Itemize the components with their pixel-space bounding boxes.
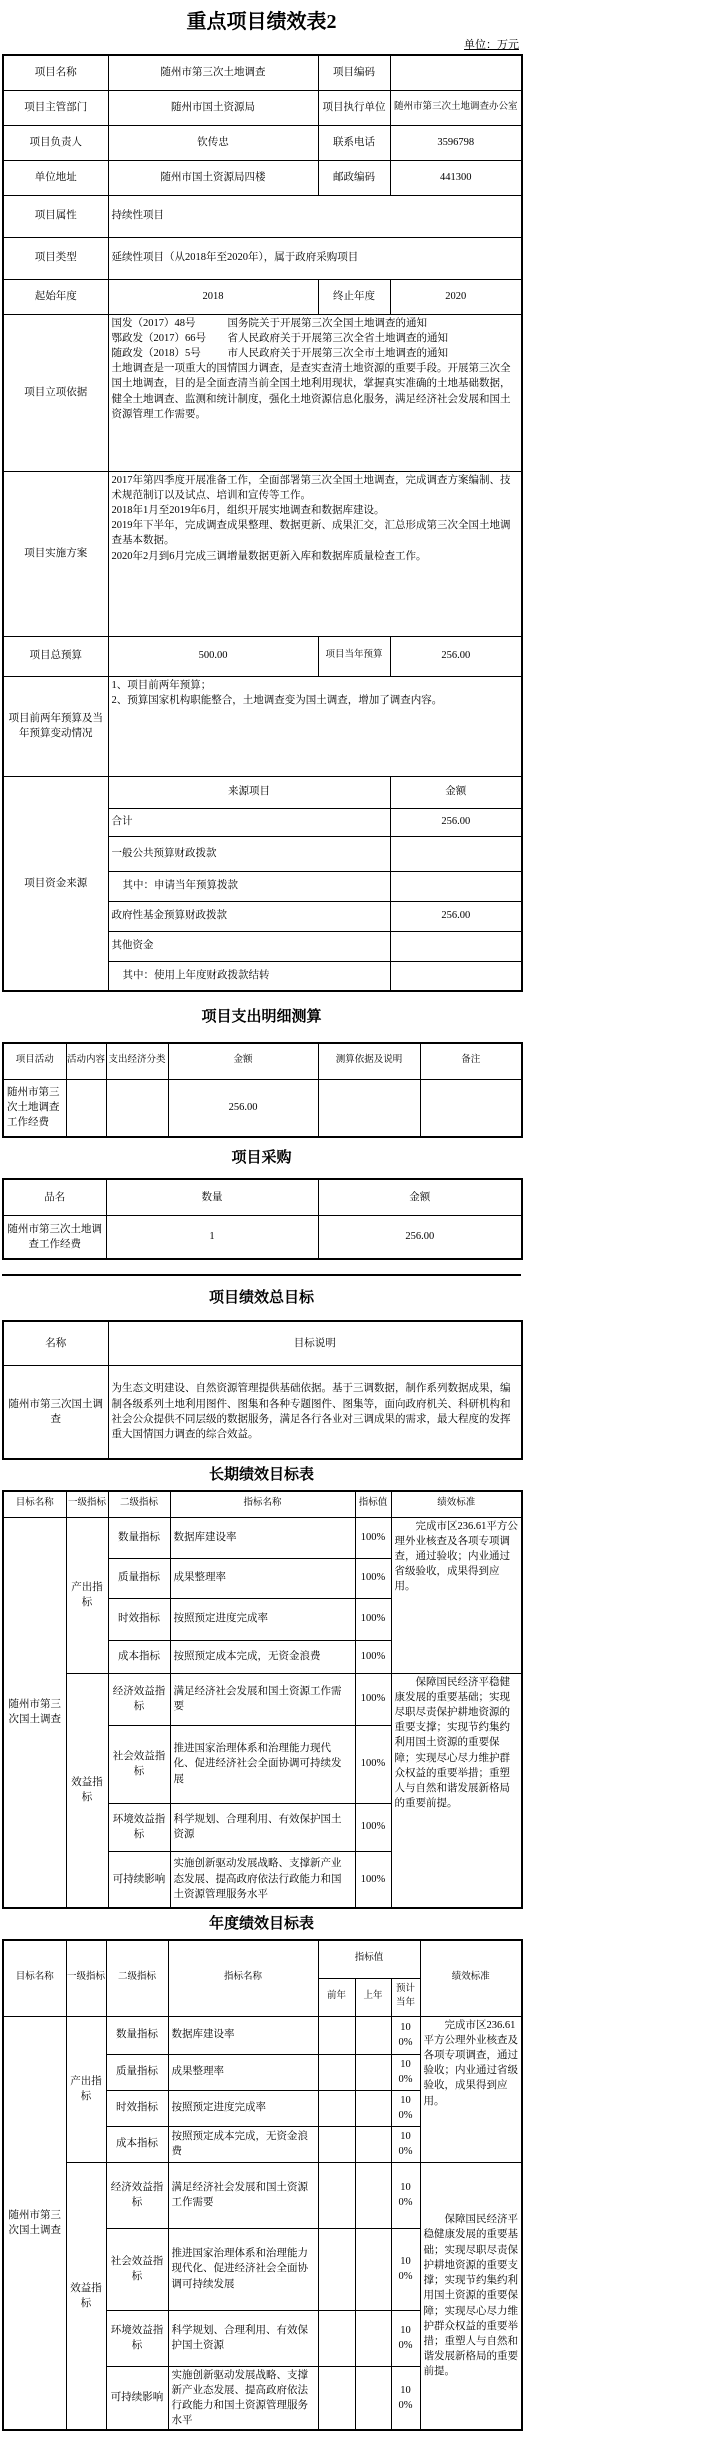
start-year-label: 起始年度 [3, 279, 108, 314]
dept-value: 随州市国土资源局 [108, 90, 318, 125]
exec-unit-value: 随州市第三次土地调查办公室 [390, 90, 522, 125]
indicator-level2: 时效指标 [106, 2090, 168, 2126]
indicator-value: 100% [355, 1725, 391, 1803]
lt-output-standard: 完成市区236.61平方公理外业核查及各项专项调查，通过验收；内业通过省级验收，… [391, 1517, 522, 1673]
section-gap [2, 1260, 521, 1274]
funding-row-source: 其他资金 [108, 931, 390, 961]
indicator-level2: 质量指标 [106, 2054, 168, 2090]
expense-content [66, 1079, 106, 1137]
project-name-label: 项目名称 [3, 55, 108, 90]
annual-benefit-standard: 保障国民经济平稳健康发展的重要基础；实现尽职尽责保护耕地资源的重要支撑；实现节约… [420, 2162, 522, 2430]
prev-budget-line: 2、预算国家机构职能整合，土地调查变为国土调查，增加了调查内容。 [112, 693, 519, 708]
table-row: 随州市第三次国土调查 产出指标 数量指标 数据库建设率 100% 完成市区236… [3, 2016, 522, 2054]
annual-section-title: 年度绩效目标表 [2, 1909, 521, 1939]
indicator-value: 100% [355, 1803, 391, 1851]
lt-goal-name: 随州市第三次国土调查 [3, 1517, 66, 1908]
expense-col-activity: 项目活动 [3, 1043, 66, 1079]
procurement-col-quantity: 数量 [106, 1179, 318, 1215]
project-code-value [390, 55, 522, 90]
basis-paragraph: 土地调查是一项重大的国情国力调查，是查实查清土地资源的重要手段。开展第三次全国土… [112, 361, 519, 422]
address-value: 随州市国土资源局四楼 [108, 160, 318, 195]
table-header-row: 目标名称 一级指标 二级指标 指标名称 指标值 绩效标准 [3, 1940, 522, 1978]
lt-col-goal: 目标名称 [3, 1491, 66, 1517]
overall-col-description: 目标说明 [108, 1321, 522, 1365]
expense-activity: 随州市第三次土地调查工作经费 [3, 1079, 66, 1137]
lt-col-indicator: 指标名称 [170, 1491, 355, 1517]
expense-section-title: 项目支出明细测算 [2, 992, 521, 1042]
leader-label: 项目负责人 [3, 125, 108, 160]
table-row: 项目负责人 钦传忠 联系电话 3596798 [3, 125, 522, 160]
basis-ref-line: 国发（2017）48号国务院关于开展第三次全国土地调查的通知 [112, 316, 519, 331]
lt-col-standard: 绩效标准 [391, 1491, 522, 1517]
indicator-name: 数据库建设率 [168, 2016, 318, 2054]
funding-row-amount: 256.00 [390, 901, 522, 931]
expense-col-content: 活动内容 [66, 1043, 106, 1079]
indicator-name: 按照预定成本完成，无资金浪费 [168, 2126, 318, 2162]
expense-col-note: 备注 [420, 1043, 522, 1079]
indicator-prev1 [355, 2310, 391, 2366]
project-name-value: 随州市第三次土地调查 [108, 55, 318, 90]
indicator-prev2 [318, 2162, 355, 2228]
indicator-prev2 [318, 2228, 355, 2310]
indicator-prev1 [355, 2090, 391, 2126]
funding-row-amount [390, 836, 522, 871]
prev-budget-line: 1、项目前两年预算； [112, 678, 519, 693]
overall-goal-name: 随州市第三次国土调查 [3, 1365, 108, 1459]
funding-amount-header: 金额 [390, 776, 522, 808]
plan-line: 2019年下半年，完成调查成果整理、数据更新、成果汇交，汇总形成第三次全国土地调… [112, 518, 519, 548]
indicator-value: 100% [355, 1558, 391, 1598]
page-title: 重点项目绩效表2 [2, 0, 521, 36]
table-row: 单位地址 随州市国土资源局四楼 邮政编码 441300 [3, 160, 522, 195]
indicator-name: 按照预定进度完成率 [170, 1598, 355, 1640]
longterm-table: 目标名称 一级指标 二级指标 指标名称 指标值 绩效标准 随州市第三次国土调查 … [2, 1490, 523, 1909]
procurement-amount: 256.00 [318, 1215, 522, 1259]
indicator-value: 100% [355, 1640, 391, 1673]
table-header-row: 项目活动 活动内容 支出经济分类 金额 测算依据及说明 备注 [3, 1043, 522, 1079]
table-row: 项目前两年预算及当年预算变动情况 1、项目前两年预算； 2、预算国家机构职能整合… [3, 676, 522, 776]
funding-row-source: 政府性基金预算财政拨款 [108, 901, 390, 931]
annual-col-level1: 一级指标 [66, 1940, 106, 2016]
postcode-value: 441300 [390, 160, 522, 195]
basis-ref-title: 省人民政府关于开展第三次全省土地调查的通知 [228, 331, 519, 346]
procurement-table: 品名 数量 金额 随州市第三次土地调查工作经费 1 256.00 [2, 1178, 523, 1260]
table-row: 项目属性 持续性项目 [3, 195, 522, 237]
expense-amount: 256.00 [168, 1079, 318, 1137]
indicator-prev1 [355, 2228, 391, 2310]
leader-value: 钦传忠 [108, 125, 318, 160]
end-year-label: 终止年度 [318, 279, 390, 314]
indicator-name: 实施创新驱动发展战略、支撑新产业态发展、提高政府依法行政能力和国土资源管理服务水… [170, 1851, 355, 1908]
table-row: 随州市第三次土地调查工作经费 256.00 [3, 1079, 522, 1137]
address-label: 单位地址 [3, 160, 108, 195]
funding-row-amount [390, 961, 522, 991]
expense-col-basis: 测算依据及说明 [318, 1043, 420, 1079]
indicator-level2: 可持续影响 [108, 1851, 170, 1908]
plan-line: 2020年2月到6月完成三调增量数据更新入库和数据库质量检查工作。 [112, 549, 519, 564]
procurement-col-amount: 金额 [318, 1179, 522, 1215]
indicator-prev2 [318, 2016, 355, 2054]
funding-source-header: 来源项目 [108, 776, 390, 808]
indicator-level2: 成本指标 [106, 2126, 168, 2162]
expense-basis [318, 1079, 420, 1137]
unit-note: 单位：万元 [2, 36, 521, 54]
indicator-level2: 成本指标 [108, 1640, 170, 1673]
table-row: 随州市第三次国土调查 产出指标 数量指标 数据库建设率 100% 完成市区236… [3, 1517, 522, 1558]
indicator-prev1 [355, 2162, 391, 2228]
annual-col-standard: 绩效标准 [420, 1940, 522, 2016]
plan-content: 2017年第四季度开展准备工作，全面部署第三次全国土地调查，完成调查方案编制、技… [108, 471, 522, 636]
indicator-level2: 社会效益指标 [106, 2228, 168, 2310]
table-row: 随州市第三次土地调查工作经费 1 256.00 [3, 1215, 522, 1259]
indicator-level2: 经济效益指标 [108, 1673, 170, 1725]
lt-col-value: 指标值 [355, 1491, 391, 1517]
lt-benefit-level1: 效益指标 [66, 1673, 108, 1908]
indicator-prev2 [318, 2366, 355, 2430]
overall-goal-section-title: 项目绩效总目标 [2, 1274, 521, 1320]
indicator-level2: 数量指标 [108, 1517, 170, 1558]
table-row: 项目名称 随州市第三次土地调查 项目编码 [3, 55, 522, 90]
indicator-current: 100% [391, 2054, 420, 2090]
indicator-level2: 环境效益指标 [108, 1803, 170, 1851]
indicator-prev1 [355, 2054, 391, 2090]
funding-row-amount [390, 931, 522, 961]
end-year-value: 2020 [390, 279, 522, 314]
indicator-value: 100% [355, 1598, 391, 1640]
annual-col-indicator: 指标名称 [168, 1940, 318, 2016]
indicator-level2: 质量指标 [108, 1558, 170, 1598]
basis-ref-line: 鄂政发（2017）66号省人民政府关于开展第三次全省土地调查的通知 [112, 331, 519, 346]
table-row: 随州市第三次国土调查 为生态文明建设、自然资源管理提供基础依据。基于三调数据，制… [3, 1365, 522, 1459]
indicator-current: 100% [391, 2366, 420, 2430]
expense-detail-table: 项目活动 活动内容 支出经济分类 金额 测算依据及说明 备注 随州市第三次土地调… [2, 1042, 523, 1138]
start-year-value: 2018 [108, 279, 318, 314]
expense-category [106, 1079, 168, 1137]
overall-col-name: 名称 [3, 1321, 108, 1365]
funding-row-source: 其中：申请当年预算拨款 [108, 871, 390, 901]
indicator-current: 100% [391, 2310, 420, 2366]
indicator-prev1 [355, 2016, 391, 2054]
phone-label: 联系电话 [318, 125, 390, 160]
year-budget-label: 项目当年预算 [318, 636, 390, 676]
lt-col-level2: 二级指标 [108, 1491, 170, 1517]
indicator-name: 科学规划、合理利用、有效保护国土资源 [168, 2310, 318, 2366]
indicator-current: 100% [391, 2126, 420, 2162]
indicator-level2: 可持续影响 [106, 2366, 168, 2430]
indicator-prev2 [318, 2310, 355, 2366]
report-sheet: 重点项目绩效表2 单位：万元 项目名称 随州市第三次土地调查 项目编码 项目主管… [0, 0, 703, 2440]
table-row: 起始年度 2018 终止年度 2020 [3, 279, 522, 314]
type-value: 延续性项目（从2018年至2020年），属于政府采购项目 [108, 237, 522, 279]
type-label: 项目类型 [3, 237, 108, 279]
indicator-prev1 [355, 2126, 391, 2162]
procurement-col-name: 品名 [3, 1179, 106, 1215]
annual-benefit-level1: 效益指标 [66, 2162, 106, 2430]
table-header-row: 品名 数量 金额 [3, 1179, 522, 1215]
indicator-value: 100% [355, 1673, 391, 1725]
annual-col-values: 指标值 [318, 1940, 420, 1978]
funding-label: 项目资金来源 [3, 776, 108, 991]
annual-col-goal: 目标名称 [3, 1940, 66, 2016]
indicator-level2: 数量指标 [106, 2016, 168, 2054]
funding-row-amount: 256.00 [390, 808, 522, 836]
basis-label: 项目立项依据 [3, 314, 108, 471]
procurement-section-title: 项目采购 [2, 1138, 521, 1178]
annual-col-prev1: 上年 [355, 1978, 391, 2016]
table-row: 项目主管部门 随州市国土资源局 项目执行单位 随州市第三次土地调查办公室 [3, 90, 522, 125]
basis-ref-title: 市人民政府关于开展第三次全市土地调查的通知 [228, 346, 519, 361]
indicator-name: 科学规划、合理利用、有效保护国土资源 [170, 1803, 355, 1851]
expense-col-amount: 金额 [168, 1043, 318, 1079]
annual-output-standard: 完成市区236.61平方公理外业核查及各项专项调查，通过验收；内业通过省级验收，… [420, 2016, 522, 2162]
indicator-current: 100% [391, 2090, 420, 2126]
funding-row-source: 其中：使用上年度财政拨款结转 [108, 961, 390, 991]
table-header-row: 目标名称 一级指标 二级指标 指标名称 指标值 绩效标准 [3, 1491, 522, 1517]
procurement-name: 随州市第三次土地调查工作经费 [3, 1215, 106, 1259]
annual-table: 目标名称 一级指标 二级指标 指标名称 指标值 绩效标准 前年 上年 预计当年 … [2, 1939, 523, 2431]
indicator-level2: 时效指标 [108, 1598, 170, 1640]
table-row: 效益指标 经济效益指标 满足经济社会发展和国土资源工作需要 100% 保障国民经… [3, 2162, 522, 2228]
indicator-name: 按照预定成本完成，无资金浪费 [170, 1640, 355, 1673]
basis-ref-title: 国务院关于开展第三次全国土地调查的通知 [228, 316, 519, 331]
annual-col-prev2: 前年 [318, 1978, 355, 2016]
indicator-name: 实施创新驱动发展战略、支撑新产业态发展、提高政府依法行政能力和国土资源管理服务水… [168, 2366, 318, 2430]
procurement-quantity: 1 [106, 1215, 318, 1259]
table-row: 项目总预算 500.00 项目当年预算 256.00 [3, 636, 522, 676]
indicator-prev2 [318, 2090, 355, 2126]
table-row: 项目类型 延续性项目（从2018年至2020年），属于政府采购项目 [3, 237, 522, 279]
indicator-name: 按照预定进度完成率 [168, 2090, 318, 2126]
table-row: 效益指标 经济效益指标 满足经济社会发展和国土资源工作需要 100% 保障国民经… [3, 1673, 522, 1725]
year-budget-value: 256.00 [390, 636, 522, 676]
basis-ref-line: 随政发（2018）5号市人民政府关于开展第三次全市土地调查的通知 [112, 346, 519, 361]
indicator-name: 成果整理率 [170, 1558, 355, 1598]
expense-note [420, 1079, 522, 1137]
annual-col-current: 预计当年 [391, 1978, 420, 2016]
table-header-row: 名称 目标说明 [3, 1321, 522, 1365]
indicator-current: 100% [391, 2016, 420, 2054]
project-code-label: 项目编码 [318, 55, 390, 90]
plan-label: 项目实施方案 [3, 471, 108, 636]
annual-goal-name: 随州市第三次国土调查 [3, 2016, 66, 2430]
basis-ref-code: 国发（2017）48号 [112, 316, 228, 331]
total-budget-value: 500.00 [108, 636, 318, 676]
phone-value: 3596798 [390, 125, 522, 160]
annual-output-level1: 产出指标 [66, 2016, 106, 2162]
table-row: 项目立项依据 国发（2017）48号国务院关于开展第三次全国土地调查的通知 鄂政… [3, 314, 522, 471]
funding-row-source: 一般公共预算财政拨款 [108, 836, 390, 871]
indicator-name: 数据库建设率 [170, 1517, 355, 1558]
basis-ref-code: 随政发（2018）5号 [112, 346, 228, 361]
basic-info-table: 项目名称 随州市第三次土地调查 项目编码 项目主管部门 随州市国土资源局 项目执… [2, 54, 523, 992]
indicator-current: 100% [391, 2228, 420, 2310]
postcode-label: 邮政编码 [318, 160, 390, 195]
dept-label: 项目主管部门 [3, 90, 108, 125]
attribute-label: 项目属性 [3, 195, 108, 237]
indicator-prev1 [355, 2366, 391, 2430]
attribute-value: 持续性项目 [108, 195, 522, 237]
funding-row-amount [390, 871, 522, 901]
prev-budget-content: 1、项目前两年预算； 2、预算国家机构职能整合，土地调查变为国土调查，增加了调查… [108, 676, 522, 776]
indicator-current: 100% [391, 2162, 420, 2228]
overall-goal-table: 名称 目标说明 随州市第三次国土调查 为生态文明建设、自然资源管理提供基础依据。… [2, 1320, 523, 1460]
indicator-name: 满足经济社会发展和国土资源工作需要 [168, 2162, 318, 2228]
expense-col-category: 支出经济分类 [106, 1043, 168, 1079]
indicator-prev2 [318, 2054, 355, 2090]
exec-unit-label: 项目执行单位 [318, 90, 390, 125]
indicator-name: 推进国家治理体系和治理能力现代化、促进经济社会全面协调可持续发展 [168, 2228, 318, 2310]
lt-col-level1: 一级指标 [66, 1491, 108, 1517]
basis-ref-code: 鄂政发（2017）66号 [112, 331, 228, 346]
indicator-level2: 环境效益指标 [106, 2310, 168, 2366]
annual-col-level2: 二级指标 [106, 1940, 168, 2016]
table-row: 项目实施方案 2017年第四季度开展准备工作，全面部署第三次全国土地调查，完成调… [3, 471, 522, 636]
indicator-level2: 经济效益指标 [106, 2162, 168, 2228]
lt-output-level1: 产出指标 [66, 1517, 108, 1673]
indicator-prev2 [318, 2126, 355, 2162]
funding-row-source: 合计 [108, 808, 390, 836]
plan-line: 2017年第四季度开展准备工作，全面部署第三次全国土地调查，完成调查方案编制、技… [112, 473, 519, 503]
longterm-section-title: 长期绩效目标表 [2, 1460, 521, 1490]
lt-benefit-standard: 保障国民经济平稳健康发展的重要基础；实现尽职尽责保护耕地资源的重要支撑；实现节约… [391, 1673, 522, 1908]
indicator-name: 满足经济社会发展和国土资源工作需要 [170, 1673, 355, 1725]
table-row: 项目资金来源 来源项目 金额 [3, 776, 522, 808]
total-budget-label: 项目总预算 [3, 636, 108, 676]
indicator-value: 100% [355, 1517, 391, 1558]
basis-content: 国发（2017）48号国务院关于开展第三次全国土地调查的通知 鄂政发（2017）… [108, 314, 522, 471]
overall-goal-description: 为生态文明建设、自然资源管理提供基础依据。基于三调数据，制作系列数据成果，编制各… [108, 1365, 522, 1459]
indicator-name: 推进国家治理体系和治理能力现代化、促进经济社会全面协调可持续发展 [170, 1725, 355, 1803]
prev-budget-label: 项目前两年预算及当年预算变动情况 [3, 676, 108, 776]
indicator-value: 100% [355, 1851, 391, 1908]
indicator-level2: 社会效益指标 [108, 1725, 170, 1803]
indicator-name: 成果整理率 [168, 2054, 318, 2090]
plan-line: 2018年1月至2019年6月，组织开展实地调查和数据库建设。 [112, 503, 519, 518]
